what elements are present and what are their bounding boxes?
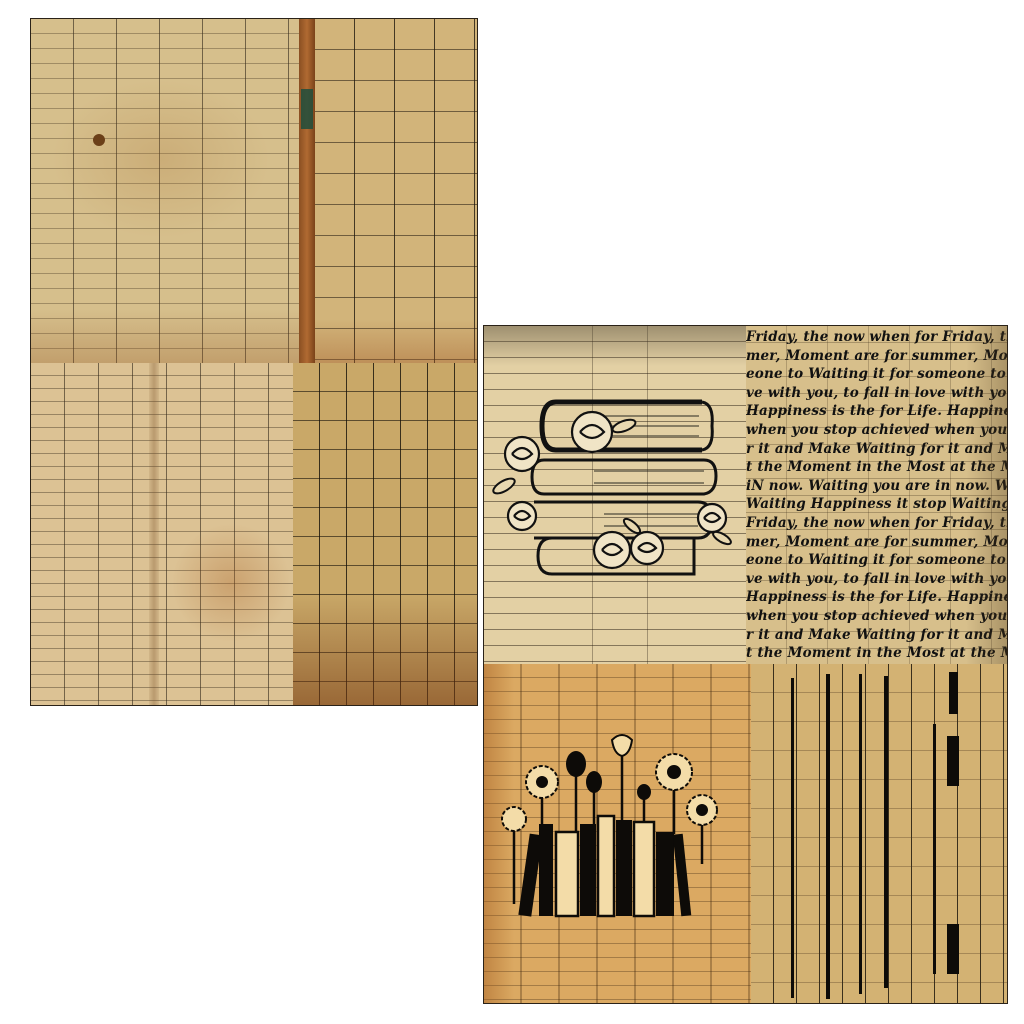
script-line: t the Moment in the Most at the Moment	[746, 458, 1008, 477]
green-stamp-icon	[301, 89, 313, 129]
stacked-books-icon	[484, 326, 746, 664]
stacked-books-roses-panel	[484, 326, 746, 664]
ink-blot	[949, 672, 958, 714]
left-paper-sheet	[30, 18, 478, 706]
ink-streak	[933, 724, 936, 974]
book-row-icon	[518, 816, 691, 917]
books-flowers-icon	[484, 664, 751, 1004]
tulip-icon	[566, 735, 651, 800]
script-line: ve with you, to fall in love with you,	[746, 570, 1008, 589]
book-spine-strip	[299, 19, 315, 363]
ink-streak	[859, 674, 862, 994]
script-line: mer, Moment are for summer, Moment	[746, 347, 1008, 366]
ink-blot	[93, 134, 105, 146]
script-line: Waiting Happiness it stop Waiting Ha	[746, 495, 1008, 514]
script-line: eone to Waiting it for someone to Wai	[746, 551, 1008, 570]
ledger-columns-panel	[31, 19, 299, 363]
ink-streak	[791, 678, 794, 998]
ledger-grid-panel	[315, 19, 478, 363]
script-line: when you stop achieved when you s	[746, 421, 1008, 440]
script-line: iN now. Waiting you are in now. Wait	[746, 477, 1008, 496]
script-line: mer, Moment are for summer, Moment	[746, 533, 1008, 552]
handwritten-script-panel: Friday, the now when for Friday, the n m…	[746, 326, 1008, 664]
ink-striped-ledger-panel	[751, 664, 1008, 1004]
ink-blot	[947, 924, 959, 974]
script-line: Happiness is the for Life. Happiness i	[746, 588, 1008, 607]
script-line: ve with you, to fall in love with you,	[746, 384, 1008, 403]
script-line: r it and Make Waiting for it and Ma	[746, 440, 1008, 459]
ink-blot	[947, 736, 959, 786]
script-line: Friday, the now when for Friday, the n	[746, 328, 1008, 347]
ink-streak	[826, 674, 830, 999]
paper-stain	[51, 79, 271, 239]
ink-streak	[884, 676, 888, 988]
books-wildflowers-panel	[484, 664, 751, 1004]
stained-grid-panel	[293, 363, 478, 706]
handwritten-ledger-panel	[31, 363, 293, 706]
handwritten-quote-text: Friday, the now when for Friday, the n m…	[746, 328, 1008, 663]
edge-stain	[31, 309, 299, 363]
script-line: eone to Waiting it for someone to Wai	[746, 365, 1008, 384]
paper-fold	[149, 363, 159, 706]
paper-stain	[171, 523, 291, 643]
edge-stain	[293, 593, 478, 706]
script-line: r it and Make Waiting for it and Ma	[746, 626, 1008, 645]
edge-stain	[315, 319, 478, 363]
script-line: when you stop achieved when you s	[746, 607, 1008, 626]
right-paper-sheet: Friday, the now when for Friday, the n m…	[483, 325, 1008, 1004]
script-line: Friday, the now when for Friday, the n	[746, 514, 1008, 533]
script-line: Happiness is the for Life. Happiness i	[746, 402, 1008, 421]
script-line: t the Moment in the Most at the Moment	[746, 644, 1008, 663]
